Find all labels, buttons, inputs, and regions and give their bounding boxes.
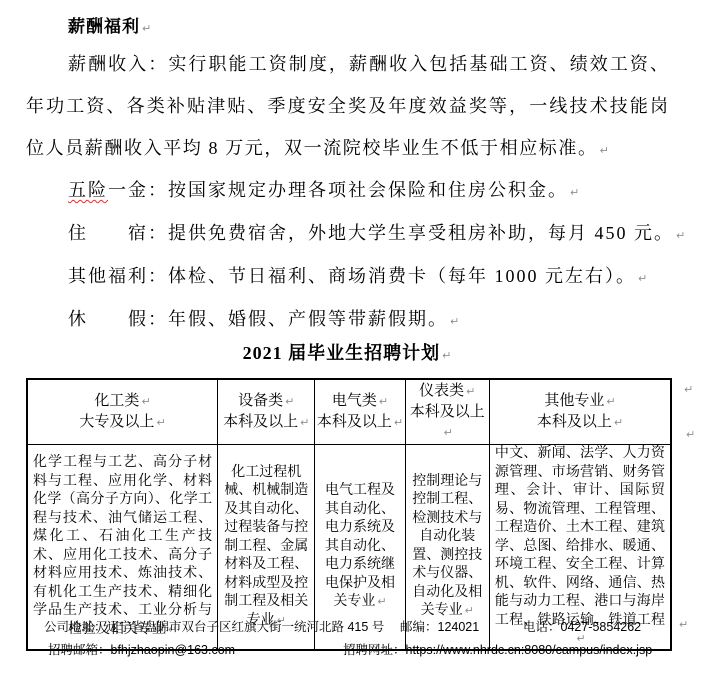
degree-text: 本科及以上 <box>223 414 298 430</box>
category-text: 设备类 <box>238 393 283 409</box>
majors-cell-other: 中文、新闻、法学、人力资源管理、市场营销、财务管理、会计、审计、国际贸易、物流管… <box>489 445 671 650</box>
header-cell-equipment: 设备类↵ 本科及以上↵ <box>218 379 315 445</box>
majors-text: 化学工程与工艺、高分子材料与工程、应用化学、材料化学（高分子方向）、化学工程与技… <box>33 455 212 637</box>
paragraph-mark-icon: ↵ <box>141 395 150 408</box>
paragraph-mark-icon: ↵ <box>442 349 451 362</box>
row-end-mark-icon: ↵ <box>684 383 693 396</box>
category-label: 仪表类↵ <box>407 381 488 402</box>
category-text: 仪表类 <box>419 383 464 399</box>
recruitment-plan-title: 2021 届毕业生招聘计划↵ <box>26 341 668 365</box>
insurance-rest-text: 一金：按国家规定办理各项社会保险和住房公积金。 <box>108 180 568 200</box>
category-label: 其他专业↵ <box>491 391 669 412</box>
table-header-row: 化工类↵ 大专及以上↵ 设备类↵ 本科及以上↵ 电气类↵ 本科及以上↵ 仪表类↵… <box>27 379 671 445</box>
table-majors-row: 化学工程与工艺、高分子材料与工程、应用化学、材料化学（高分子方向）、化学工程与技… <box>27 445 671 650</box>
category-label: 电气类↵ <box>316 391 403 412</box>
degree-label: 本科及以上↵ <box>491 412 669 433</box>
category-label: 化工类↵ <box>29 391 216 412</box>
salary-paragraph-line-2: 年功工资、各类补贴津贴、季度安全奖及年度效益奖等，一线技术技能岗 <box>26 85 668 127</box>
header-cell-other: 其他专业↵ 本科及以上↵ <box>489 379 671 445</box>
majors-cell-instrument: 控制理论与控制工程、检测技术与自动化装置、测控技术与仪器、自动化及相关专业↵ <box>405 445 489 650</box>
paragraph-mark-icon: ↵ <box>676 229 685 242</box>
paragraph-mark-icon: ↵ <box>300 416 309 429</box>
paragraph-mark-icon: ↵ <box>576 632 585 645</box>
category-text: 化工类 <box>94 393 139 409</box>
spellcheck-wavy-underline: 五险 <box>68 180 108 200</box>
category-text: 其他专业 <box>544 393 604 409</box>
benefit-line-other-welfare: 其他福利：体检、节日福利、商场消费卡（每年 1000 元左右）。↵ <box>26 255 686 298</box>
paragraph-mark-icon: ↵ <box>638 272 647 285</box>
header-cell-chemical: 化工类↵ 大专及以上↵ <box>27 379 218 445</box>
paragraph-mark-icon: ↵ <box>379 395 388 408</box>
paragraph-mark-icon: ↵ <box>606 395 615 408</box>
majors-text: 化工过程机械、机械制造及其自动化、过程装备与控制工程、金属材料及工程、材料成型及… <box>224 465 308 628</box>
category-text: 电气类 <box>332 393 377 409</box>
recruitment-plan-title-text: 2021 届毕业生招聘计划 <box>243 343 441 363</box>
majors-text: 中文、新闻、法学、人力资源管理、市场营销、财务管理、会计、审计、国际贸易、物流管… <box>495 446 665 628</box>
paragraph-mark-icon: ↵ <box>600 144 609 157</box>
section-heading-text: 薪酬福利 <box>68 17 140 36</box>
section-heading: 薪酬福利↵ <box>68 12 151 37</box>
degree-text: 本科及以上 <box>537 414 612 430</box>
paragraph-mark-icon: ↵ <box>156 416 165 429</box>
other-welfare-text: 其他福利：体检、节日福利、商场消费卡（每年 1000 元左右）。 <box>68 266 636 286</box>
majors-cell-equipment: 化工过程机械、机械制造及其自动化、过程装备与控制工程、金属材料及工程、材料成型及… <box>218 445 315 650</box>
paragraph-mark-icon: ↵ <box>444 426 453 439</box>
row-end-mark-icon: ↵ <box>686 428 695 441</box>
degree-label: 本科及以上↵ <box>407 402 488 443</box>
degree-label: 本科及以上↵ <box>316 412 403 433</box>
paragraph-mark-icon: ↵ <box>614 416 623 429</box>
salary-paragraph-line-1: 薪酬收入：实行职能工资制度，薪酬收入包括基础工资、绩效工资、 <box>26 43 668 85</box>
header-cell-instrument: 仪表类↵ 本科及以上↵ <box>405 379 489 445</box>
degree-label: 本科及以上↵ <box>219 412 313 433</box>
recruitment-plan-table: 化工类↵ 大专及以上↵ 设备类↵ 本科及以上↵ 电气类↵ 本科及以上↵ 仪表类↵… <box>26 378 672 651</box>
paragraph-mark-icon: ↵ <box>377 595 386 608</box>
benefit-line-vacation: 休 假：年假、婚假、产假等带薪假期。↵ <box>26 298 686 341</box>
document-page: 薪酬福利↵ 薪酬收入：实行职能工资制度，薪酬收入包括基础工资、绩效工资、 年功工… <box>0 0 715 673</box>
paragraph-mark-icon: ↵ <box>679 618 688 631</box>
paragraph-mark-icon: ↵ <box>450 315 459 328</box>
degree-text: 大专及以上 <box>79 414 154 430</box>
majors-cell-electrical: 电气工程及其自动化、电力系统及其自动化、电力系统继电保护及相关专业↵ <box>315 445 405 650</box>
paragraph-mark-icon: ↵ <box>570 186 579 199</box>
category-label: 设备类↵ <box>219 391 313 412</box>
majors-text: 电气工程及其自动化、电力系统及其自动化、电力系统继电保护及相关专业 <box>325 483 395 609</box>
header-cell-electrical: 电气类↵ 本科及以上↵ <box>315 379 405 445</box>
paragraph-mark-icon: ↵ <box>466 385 475 398</box>
degree-label: 大专及以上↵ <box>29 412 216 433</box>
paragraph-mark-icon: ↵ <box>168 623 177 636</box>
majors-cell-chemical: 化学工程与工艺、高分子材料与工程、应用化学、材料化学（高分子方向）、化学工程与技… <box>27 445 218 650</box>
vacation-text: 休 假：年假、婚假、产假等带薪假期。 <box>68 309 448 329</box>
paragraph-mark-icon: ↵ <box>394 416 403 429</box>
majors-text: 控制理论与控制工程、检测技术与自动化装置、测控技术与仪器、自动化及相关专业 <box>412 474 482 619</box>
benefit-line-insurance: 五险一金：按国家规定办理各项社会保险和住房公积金。↵ <box>26 169 686 212</box>
salary-paragraph: 薪酬收入：实行职能工资制度，薪酬收入包括基础工资、绩效工资、 年功工资、各类补贴… <box>26 43 668 169</box>
degree-text: 本科及以上 <box>317 414 392 430</box>
paragraph-mark-icon: ↵ <box>285 395 294 408</box>
benefits-list: 五险一金：按国家规定办理各项社会保险和住房公积金。↵ 住 宿：提供免费宿舍，外地… <box>26 169 686 341</box>
benefit-line-housing: 住 宿：提供免费宿舍，外地大学生享受租房补助，每月 450 元。↵ <box>26 212 686 255</box>
salary-paragraph-line-3: 位人员薪酬收入平均 8 万元，双一流院校毕业生不低于相应标准。↵ <box>26 127 668 169</box>
paragraph-mark-icon: ↵ <box>277 614 286 627</box>
degree-text: 本科及以上 <box>410 404 485 420</box>
housing-text: 住 宿：提供免费宿舍，外地大学生享受租房补助，每月 450 元。 <box>68 223 674 243</box>
salary-paragraph-line-3-text: 位人员薪酬收入平均 8 万元，双一流院校毕业生不低于相应标准。 <box>26 138 598 158</box>
paragraph-mark-icon: ↵ <box>465 604 474 617</box>
paragraph-mark-icon: ↵ <box>142 22 151 35</box>
